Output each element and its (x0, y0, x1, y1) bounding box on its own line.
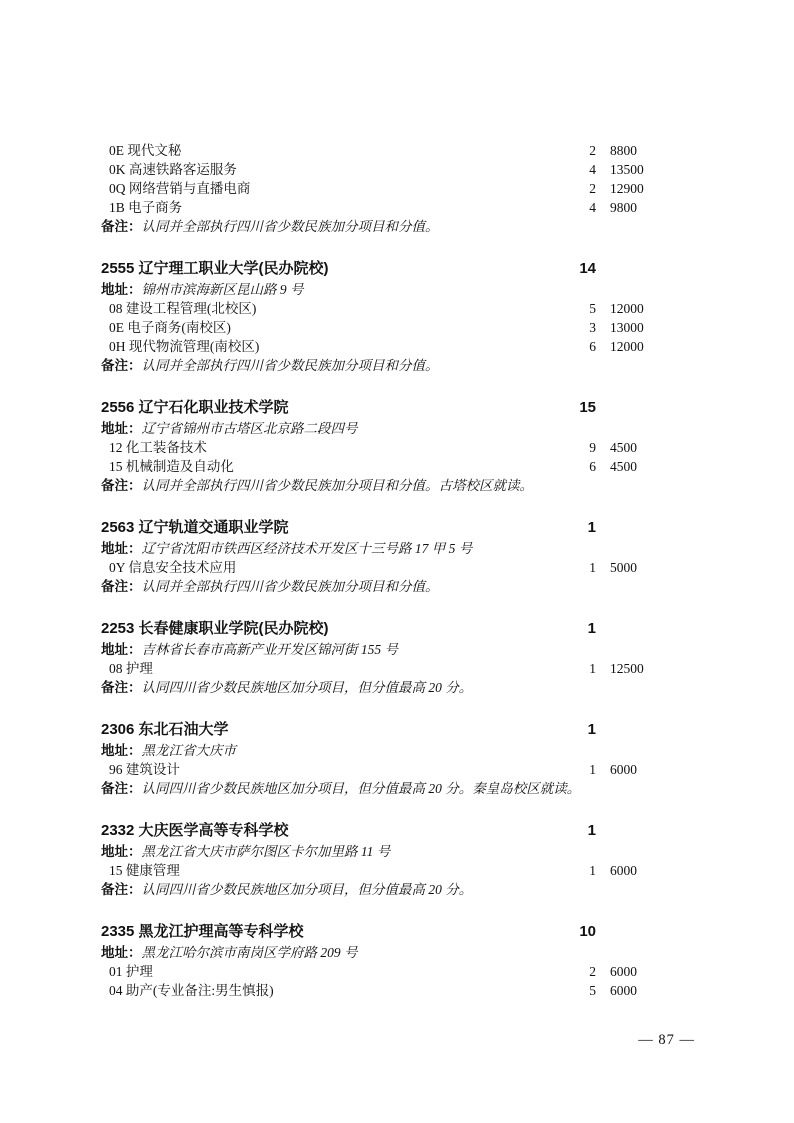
address-text: 锦州市滨海新区昆山路 9 号 (142, 282, 304, 297)
major-row: 0Q 网络营销与直播电商212900 (101, 179, 693, 198)
school-note: 备注：认同四川省少数民族地区加分项目，但分值最高 20 分。 (101, 678, 693, 697)
major-row: 12 化工装备技术94500 (101, 438, 693, 457)
major-code: 96 (109, 762, 123, 777)
major-name-cell: 0Q 网络营销与直播电商 (101, 179, 566, 198)
major-name-cell: 15 机械制造及自动化 (101, 457, 566, 476)
school-address: 地址：吉林省长春市高新产业开发区锦河街 155 号 (101, 640, 693, 659)
document-content: 0E 现代文秘288000K 高速铁路客运服务4135000Q 网络营销与直播电… (101, 141, 693, 1000)
major-row: 0Y 信息安全技术应用15000 (101, 558, 693, 577)
major-plan-count: 1 (566, 861, 610, 880)
school-header: 2253 长春健康职业学院(民办院校)1 (101, 618, 693, 640)
school-address: 地址：锦州市滨海新区昆山路 9 号 (101, 280, 693, 299)
major-code: 0E (109, 143, 124, 158)
major-name-cell: 0H 现代物流管理(南校区) (101, 337, 566, 356)
major-code: 01 (109, 964, 123, 979)
major-name-cell: 04 助产(专业备注:男生慎报) (101, 981, 566, 1000)
address-text: 黑龙江省大庆市 (142, 743, 237, 758)
address-label: 地址： (101, 541, 142, 556)
note-text: 认同四川省少数民族地区加分项目，但分值最高 20 分。 (142, 882, 473, 897)
major-name: 护理 (126, 661, 153, 676)
major-row: 15 机械制造及自动化64500 (101, 457, 693, 476)
page-number: — 87 — (638, 1032, 695, 1049)
major-plan-count: 1 (566, 558, 610, 577)
major-tuition-fee: 13500 (610, 160, 693, 179)
continuation-block: 0E 现代文秘288000K 高速铁路客运服务4135000Q 网络营销与直播电… (101, 141, 693, 236)
note-label: 备注： (101, 478, 142, 493)
major-tuition-fee: 12000 (610, 337, 693, 356)
school-header: 2332 大庆医学高等专科学校1 (101, 820, 693, 842)
major-plan-count: 4 (566, 198, 610, 217)
major-name-cell: 0K 高速铁路客运服务 (101, 160, 566, 179)
note-text: 认同并全部执行四川省少数民族加分项目和分值。古塔校区就读。 (142, 478, 534, 493)
major-tuition-fee: 13000 (610, 318, 693, 337)
note-text: 认同并全部执行四川省少数民族加分项目和分值。 (142, 219, 439, 234)
major-row: 08 建设工程管理(北校区)512000 (101, 299, 693, 318)
major-tuition-fee: 12000 (610, 299, 693, 318)
school-plan-total: 1 (566, 618, 610, 640)
school-note: 备注：认同四川省少数民族地区加分项目，但分值最高 20 分。秦皇岛校区就读。 (101, 779, 693, 798)
major-row: 08 护理112500 (101, 659, 693, 678)
note-label: 备注： (101, 781, 142, 796)
school-code: 2253 (101, 620, 134, 637)
major-row: 1B 电子商务49800 (101, 198, 693, 217)
major-code: 0H (109, 339, 126, 354)
major-name: 助产(专业备注:男生慎报) (126, 983, 274, 998)
note-label: 备注： (101, 680, 142, 695)
school-block: 2563 辽宁轨道交通职业学院1地址：辽宁省沈阳市铁西区经济技术开发区十三号路 … (101, 517, 693, 596)
major-row: 0E 现代文秘28800 (101, 141, 693, 160)
school-plan-total: 1 (566, 719, 610, 741)
school-plan-total: 14 (566, 258, 610, 280)
major-plan-count: 5 (566, 299, 610, 318)
major-tuition-fee: 4500 (610, 438, 693, 457)
school-name: 黑龙江护理高等专科学校 (139, 923, 304, 940)
school-note: 备注：认同并全部执行四川省少数民族加分项目和分值。古塔校区就读。 (101, 476, 693, 495)
address-text: 吉林省长春市高新产业开发区锦河街 155 号 (142, 642, 399, 657)
school-block: 2306 东北石油大学1地址：黑龙江省大庆市96 建筑设计16000备注：认同四… (101, 719, 693, 798)
school-note: 备注：认同四川省少数民族地区加分项目，但分值最高 20 分。 (101, 880, 693, 899)
address-label: 地址： (101, 743, 142, 758)
school-title: 2563 辽宁轨道交通职业学院 (101, 517, 566, 539)
note-text: 认同并全部执行四川省少数民族加分项目和分值。 (142, 579, 439, 594)
major-name-cell: 1B 电子商务 (101, 198, 566, 217)
school-block: 2555 辽宁理工职业大学(民办院校)14地址：锦州市滨海新区昆山路 9 号08… (101, 258, 693, 375)
school-name: 辽宁轨道交通职业学院 (139, 519, 289, 536)
major-name-cell: 08 护理 (101, 659, 566, 678)
major-name-cell: 0Y 信息安全技术应用 (101, 558, 566, 577)
major-plan-count: 9 (566, 438, 610, 457)
major-name: 健康管理 (126, 863, 180, 878)
major-name: 现代物流管理(南校区) (129, 339, 260, 354)
address-label: 地址： (101, 282, 142, 297)
major-code: 12 (109, 440, 123, 455)
major-code: 0K (109, 162, 126, 177)
major-plan-count: 3 (566, 318, 610, 337)
school-code: 2335 (101, 923, 134, 940)
school-address: 地址：黑龙江省大庆市 (101, 741, 693, 760)
major-name: 建筑设计 (126, 762, 180, 777)
major-tuition-fee: 6000 (610, 981, 693, 1000)
school-header: 2563 辽宁轨道交通职业学院1 (101, 517, 693, 539)
major-row: 0K 高速铁路客运服务413500 (101, 160, 693, 179)
major-row: 04 助产(专业备注:男生慎报)56000 (101, 981, 693, 1000)
major-code: 15 (109, 863, 123, 878)
major-tuition-fee: 12900 (610, 179, 693, 198)
school-code: 2563 (101, 519, 134, 536)
major-plan-count: 5 (566, 981, 610, 1000)
school-block: 2253 长春健康职业学院(民办院校)1地址：吉林省长春市高新产业开发区锦河街 … (101, 618, 693, 697)
major-name: 电子商务(南校区) (127, 320, 231, 335)
major-name: 现代文秘 (127, 143, 181, 158)
major-name: 高速铁路客运服务 (129, 162, 237, 177)
note-label: 备注： (101, 358, 142, 373)
school-address: 地址：辽宁省沈阳市铁西区经济技术开发区十三号路 17 甲 5 号 (101, 539, 693, 558)
document-page: 0E 现代文秘288000K 高速铁路客运服务4135000Q 网络营销与直播电… (0, 0, 794, 1123)
major-name: 化工装备技术 (126, 440, 207, 455)
major-row: 01 护理26000 (101, 962, 693, 981)
major-plan-count: 2 (566, 962, 610, 981)
school-block: 2332 大庆医学高等专科学校1地址：黑龙江省大庆市萨尔图区卡尔加里路 11 号… (101, 820, 693, 899)
major-name: 护理 (126, 964, 153, 979)
school-note: 备注：认同并全部执行四川省少数民族加分项目和分值。 (101, 356, 693, 375)
address-text: 辽宁省沈阳市铁西区经济技术开发区十三号路 17 甲 5 号 (142, 541, 473, 556)
school-header: 2555 辽宁理工职业大学(民办院校)14 (101, 258, 693, 280)
major-code: 08 (109, 661, 123, 676)
address-text: 辽宁省锦州市古塔区北京路二段四号 (142, 421, 358, 436)
major-name: 信息安全技术应用 (128, 560, 236, 575)
school-name: 长春健康职业学院(民办院校) (139, 620, 329, 637)
school-plan-total: 15 (566, 397, 610, 419)
note-label: 备注： (101, 579, 142, 594)
school-title: 2556 辽宁石化职业技术学院 (101, 397, 566, 419)
note-label: 备注： (101, 882, 142, 897)
major-tuition-fee: 12500 (610, 659, 693, 678)
major-row: 15 健康管理16000 (101, 861, 693, 880)
major-plan-count: 6 (566, 337, 610, 356)
school-header: 2556 辽宁石化职业技术学院15 (101, 397, 693, 419)
major-name-cell: 96 建筑设计 (101, 760, 566, 779)
school-name: 大庆医学高等专科学校 (139, 822, 289, 839)
major-row: 96 建筑设计16000 (101, 760, 693, 779)
major-plan-count: 6 (566, 457, 610, 476)
major-code: 15 (109, 459, 123, 474)
address-label: 地址： (101, 642, 142, 657)
address-label: 地址： (101, 945, 142, 960)
address-label: 地址： (101, 844, 142, 859)
major-tuition-fee: 4500 (610, 457, 693, 476)
major-plan-count: 2 (566, 179, 610, 198)
school-plan-total: 1 (566, 820, 610, 842)
school-address: 地址：黑龙江哈尔滨市南岗区学府路 209 号 (101, 943, 693, 962)
major-code: 08 (109, 301, 123, 316)
major-name-cell: 01 护理 (101, 962, 566, 981)
major-name: 建设工程管理(北校区) (126, 301, 257, 316)
major-tuition-fee: 6000 (610, 760, 693, 779)
school-title: 2306 东北石油大学 (101, 719, 566, 741)
school-block: 2556 辽宁石化职业技术学院15地址：辽宁省锦州市古塔区北京路二段四号12 化… (101, 397, 693, 495)
major-tuition-fee: 5000 (610, 558, 693, 577)
major-code: 04 (109, 983, 123, 998)
note-label: 备注： (101, 219, 142, 234)
major-row: 0H 现代物流管理(南校区)612000 (101, 337, 693, 356)
school-address: 地址：辽宁省锦州市古塔区北京路二段四号 (101, 419, 693, 438)
school-name: 东北石油大学 (139, 721, 229, 738)
school-header: 2335 黑龙江护理高等专科学校10 (101, 921, 693, 943)
note-text: 认同并全部执行四川省少数民族加分项目和分值。 (142, 358, 439, 373)
school-note: 备注：认同并全部执行四川省少数民族加分项目和分值。 (101, 577, 693, 596)
school-name: 辽宁石化职业技术学院 (139, 399, 289, 416)
major-plan-count: 1 (566, 659, 610, 678)
major-plan-count: 2 (566, 141, 610, 160)
school-header: 2306 东北石油大学1 (101, 719, 693, 741)
major-tuition-fee: 9800 (610, 198, 693, 217)
major-row: 0E 电子商务(南校区)313000 (101, 318, 693, 337)
major-plan-count: 1 (566, 760, 610, 779)
school-block: 2335 黑龙江护理高等专科学校10地址：黑龙江哈尔滨市南岗区学府路 209 号… (101, 921, 693, 1000)
address-text: 黑龙江省大庆市萨尔图区卡尔加里路 11 号 (142, 844, 391, 859)
major-tuition-fee: 6000 (610, 962, 693, 981)
school-title: 2335 黑龙江护理高等专科学校 (101, 921, 566, 943)
school-title: 2253 长春健康职业学院(民办院校) (101, 618, 566, 640)
address-text: 黑龙江哈尔滨市南岗区学府路 209 号 (142, 945, 358, 960)
school-note: 备注：认同并全部执行四川省少数民族加分项目和分值。 (101, 217, 693, 236)
major-tuition-fee: 8800 (610, 141, 693, 160)
major-name: 机械制造及自动化 (126, 459, 234, 474)
major-tuition-fee: 6000 (610, 861, 693, 880)
major-name-cell: 12 化工装备技术 (101, 438, 566, 457)
major-plan-count: 4 (566, 160, 610, 179)
major-name: 电子商务 (128, 200, 182, 215)
major-name-cell: 15 健康管理 (101, 861, 566, 880)
note-text: 认同四川省少数民族地区加分项目，但分值最高 20 分。 (142, 680, 473, 695)
school-address: 地址：黑龙江省大庆市萨尔图区卡尔加里路 11 号 (101, 842, 693, 861)
school-name: 辽宁理工职业大学(民办院校) (139, 260, 329, 277)
major-name-cell: 0E 现代文秘 (101, 141, 566, 160)
school-plan-total: 1 (566, 517, 610, 539)
major-name: 网络营销与直播电商 (129, 181, 251, 196)
school-code: 2555 (101, 260, 134, 277)
major-code: 0Q (109, 181, 126, 196)
major-code: 0Y (109, 560, 125, 575)
major-code: 0E (109, 320, 124, 335)
school-code: 2306 (101, 721, 134, 738)
school-code: 2332 (101, 822, 134, 839)
school-title: 2332 大庆医学高等专科学校 (101, 820, 566, 842)
major-code: 1B (109, 200, 125, 215)
major-name-cell: 0E 电子商务(南校区) (101, 318, 566, 337)
school-plan-total: 10 (566, 921, 610, 943)
note-text: 认同四川省少数民族地区加分项目，但分值最高 20 分。秦皇岛校区就读。 (142, 781, 581, 796)
school-title: 2555 辽宁理工职业大学(民办院校) (101, 258, 566, 280)
school-code: 2556 (101, 399, 134, 416)
major-name-cell: 08 建设工程管理(北校区) (101, 299, 566, 318)
address-label: 地址： (101, 421, 142, 436)
